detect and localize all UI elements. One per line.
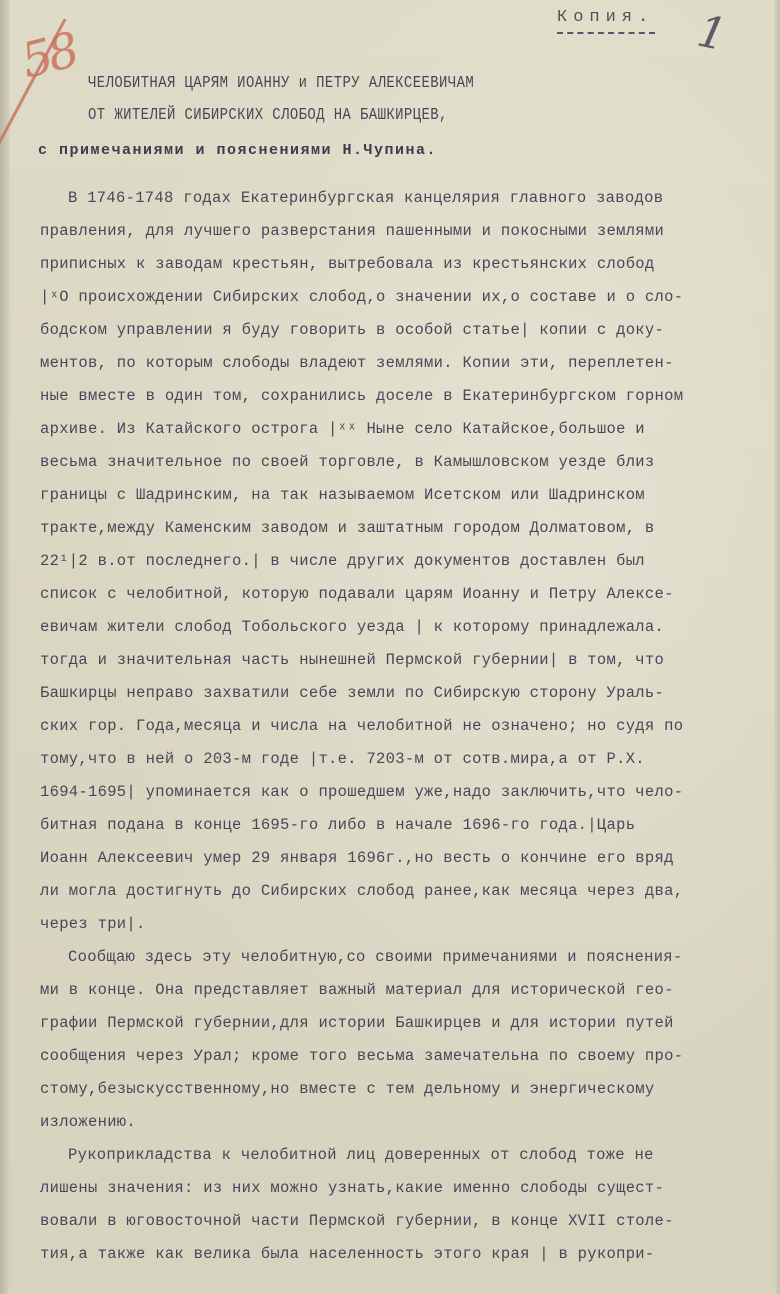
- body-line: 22¹|2 в.от последнего.| в числе других д…: [40, 551, 645, 571]
- title-line-2: ОТ ЖИТЕЛЕЙ СИБИРСКИХ СЛОБОД НА БАШКИРЦЕВ…: [88, 106, 448, 125]
- body-line: тогда и значительная часть нынешней Перм…: [40, 650, 664, 670]
- title-line-1: ЧЕЛОБИТНАЯ ЦАРЯМ ИОАННУ и ПЕТРУ АЛЕКСЕЕВ…: [88, 74, 474, 93]
- body-line: изложению.: [40, 1112, 136, 1132]
- page-right-edge: [774, 0, 780, 1294]
- body-line: тия,а также как велика была населенность…: [40, 1244, 655, 1264]
- body-line: В 1746-1748 годах Екатеринбургская канце…: [68, 188, 663, 208]
- page-left-edge: [0, 0, 10, 1294]
- archive-number-annotation: 58: [16, 22, 81, 89]
- body-line: евичам жители слобод Тобольского уезда |…: [40, 617, 664, 637]
- body-line: Башкирцы неправо захватили себе земли по…: [40, 683, 664, 703]
- body-line: ментов, по которым слободы владеют земля…: [40, 353, 674, 373]
- body-line: стому,безыскусственному,но вместе с тем …: [40, 1079, 655, 1099]
- body-line: ные вместе в один том, сохранились досел…: [40, 386, 683, 406]
- subtitle: с примечаниями и пояснениями Н.Чупина.: [38, 142, 437, 159]
- body-line: вовали в юговосточной части Пермской губ…: [40, 1211, 674, 1231]
- body-line: границы с Шадринским, на так называемом …: [40, 485, 645, 505]
- document-page: 58 Копия. 1 ЧЕЛОБИТНАЯ ЦАРЯМ ИОАННУ и ПЕ…: [0, 0, 780, 1294]
- body-line: через три|.: [40, 914, 146, 934]
- body-line: лишены значения: из них можно узнать,как…: [40, 1178, 664, 1198]
- body-line: 1694-1695| упоминается как о прошедшем у…: [40, 782, 683, 802]
- body-line: ских гор. Года,месяца и числа на челобит…: [40, 716, 683, 736]
- body-line: Иоанн Алексеевич умер 29 января 1696г.,н…: [40, 848, 674, 868]
- body-line: ли могла достигнуть до Сибирских слобод …: [40, 881, 683, 901]
- body-line: сообщения через Урал; кроме того весьма …: [40, 1046, 683, 1066]
- folio-number: 1: [693, 6, 731, 62]
- body-line: Рукоприкладства к челобитной лиц доверен…: [68, 1145, 654, 1165]
- body-line: список с челобитной, которую подавали ца…: [40, 584, 674, 604]
- body-line: приписных к заводам крестьян, вытребовал…: [40, 254, 655, 274]
- body-line: тому,что в ней о 203-м годе |т.е. 7203-м…: [40, 749, 645, 769]
- body-line: ми в конце. Она представляет важный мате…: [40, 980, 674, 1000]
- body-line: графии Пермской губернии,для истории Баш…: [40, 1013, 674, 1033]
- body-line: архиве. Из Катайского острога |ˣˣ Ныне с…: [40, 419, 645, 439]
- body-line: тракте,между Каменским заводом и заштатн…: [40, 518, 655, 538]
- body-line: правления, для лучшего разверстания паше…: [40, 221, 664, 241]
- body-line: бодском управлении я буду говорить в осо…: [40, 320, 664, 340]
- copy-label-underline: [557, 32, 655, 34]
- copy-label: Копия.: [557, 8, 654, 27]
- body-line: весьма значительное по своей торговле, в…: [40, 452, 655, 472]
- body-line: |ˣО происхождении Сибирских слобод,о зна…: [40, 287, 683, 307]
- body-line: Сообщаю здесь эту челобитную,со своими п…: [68, 947, 683, 967]
- body-line: битная подана в конце 1695-го либо в нач…: [40, 815, 635, 835]
